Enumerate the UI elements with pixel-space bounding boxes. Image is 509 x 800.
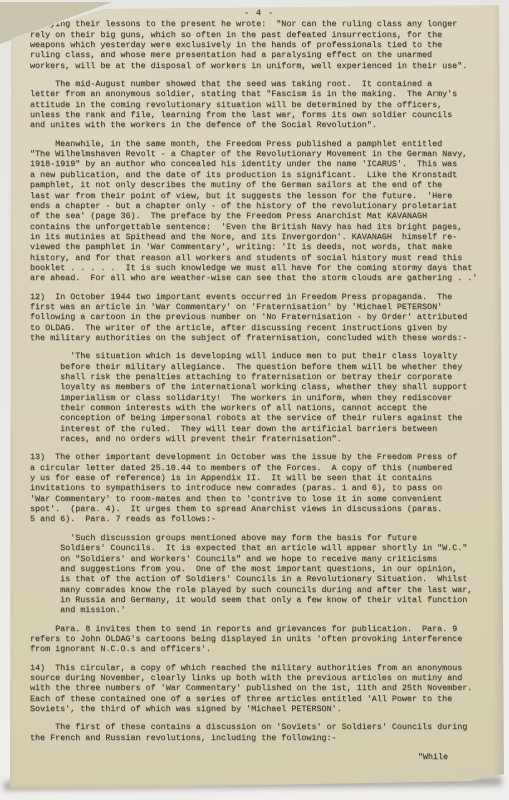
closing-paragraph: The first of these contains a discussion… [30,722,488,743]
document-page: - 4 - Applying their lessons to the pres… [0,0,509,800]
typewritten-text-column: - 4 - Applying their lessons to the pres… [30,8,488,762]
fraternisation-quote: 'The situation which is developing will … [30,351,488,444]
para-8-9-note: Para. 8 invites them to send in reports … [30,624,488,655]
para-12: 12) In October 1944 two important events… [30,292,488,344]
scan-background: - 4 - Applying their lessons to the pres… [0,0,509,800]
continuation-paragraph: Applying their lessons to the present he… [30,19,488,71]
para-13: 13) The other important development in O… [30,452,488,524]
para-14: 14) This circular, a copy of which reach… [30,663,488,715]
catchword: "While [30,752,488,762]
page-number: - 4 - [30,8,488,18]
wilhelmshaven-paragraph: Meanwhile, in the same month, the Freedo… [30,139,488,284]
para-7-quote: 'Such discussion groups mentioned above … [30,533,488,616]
mid-august-paragraph: The mid-August number showed that the se… [30,79,488,131]
